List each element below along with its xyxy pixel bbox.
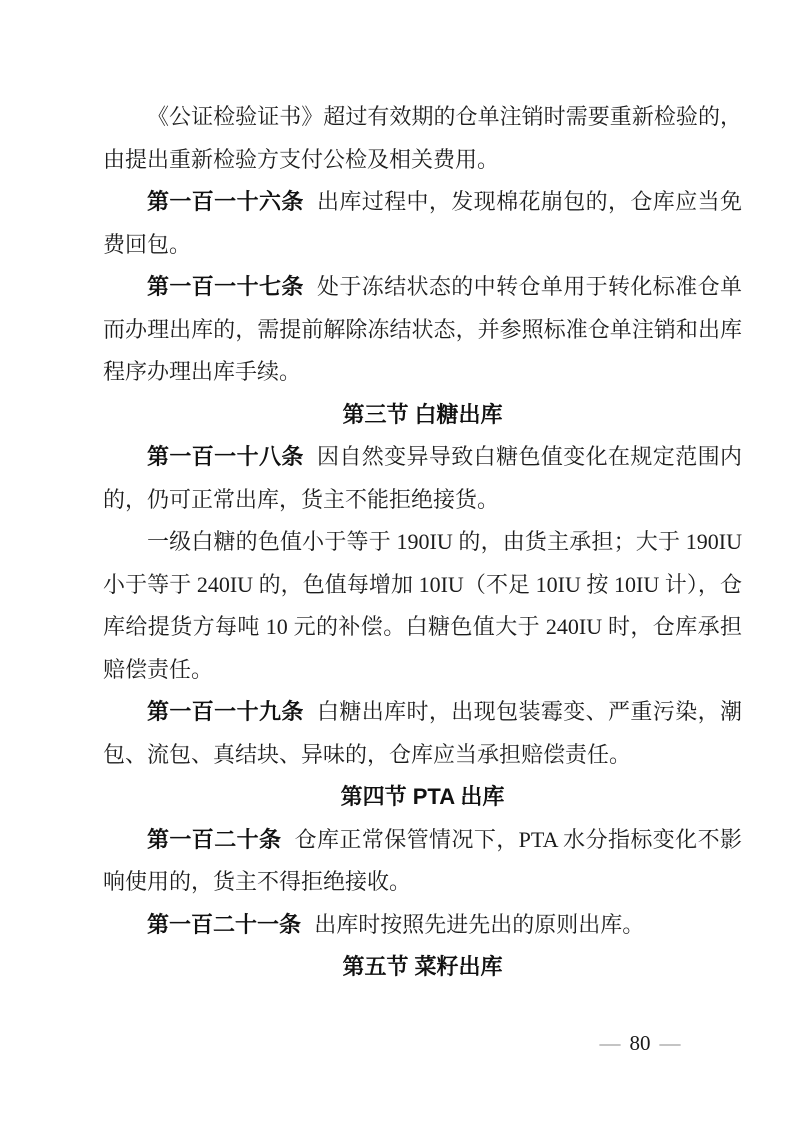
paragraph-article-116: 第一百一十六条出库过程中，发现棉花崩包的，仓库应当免费回包。 <box>103 181 742 266</box>
section-heading-rapeseed: 第五节 菜籽出库 <box>103 946 742 989</box>
article-number: 第一百二十一条 <box>147 912 301 937</box>
section-heading-pta: 第四节 PTA 出库 <box>103 776 742 819</box>
paragraph-text: 《公证检验证书》超过有效期的仓单注销时需要重新检验的，由提出重新检验方支付公检及… <box>103 104 742 172</box>
page-footer: —80— <box>560 1030 720 1056</box>
paragraph-text: 一级白糖的色值小于等于 190IU 的，由货主承担；大于 190IU 小于等于 … <box>103 529 742 682</box>
article-number: 第一百一十六条 <box>147 189 304 214</box>
article-number: 第一百一十八条 <box>147 444 304 469</box>
article-number: 第一百二十条 <box>147 827 281 852</box>
paragraph: 一级白糖的色值小于等于 190IU 的，由货主承担；大于 190IU 小于等于 … <box>103 521 742 691</box>
page-number: 80 <box>630 1031 651 1055</box>
paragraph-article-121: 第一百二十一条出库时按照先进先出的原则出库。 <box>103 904 742 947</box>
footer-dash-right: — <box>660 1031 681 1055</box>
document-body: 《公证检验证书》超过有效期的仓单注销时需要重新检验的，由提出重新检验方支付公检及… <box>103 96 742 989</box>
document-page: 《公证检验证书》超过有效期的仓单注销时需要重新检验的，由提出重新检验方支付公检及… <box>0 0 793 1122</box>
article-number: 第一百一十七条 <box>147 274 304 299</box>
paragraph-article-117: 第一百一十七条处于冻结状态的中转仓单用于转化标准仓单而办理出库的，需提前解除冻结… <box>103 266 742 394</box>
paragraph-article-120: 第一百二十条仓库正常保管情况下，PTA 水分指标变化不影响使用的，货主不得拒绝接… <box>103 819 742 904</box>
article-number: 第一百一十九条 <box>147 699 304 724</box>
paragraph-article-119: 第一百一十九条白糖出库时，出现包装霉变、严重污染，潮包、流包、真结块、异味的，仓… <box>103 691 742 776</box>
section-heading-sugar: 第三节 白糖出库 <box>103 394 742 437</box>
paragraph: 《公证检验证书》超过有效期的仓单注销时需要重新检验的，由提出重新检验方支付公检及… <box>103 96 742 181</box>
paragraph-text: 出库时按照先进先出的原则出库。 <box>314 912 644 937</box>
footer-dash-left: — <box>600 1031 621 1055</box>
paragraph-article-118: 第一百一十八条因自然变异导致白糖色值变化在规定范围内的，仍可正常出库，货主不能拒… <box>103 436 742 521</box>
